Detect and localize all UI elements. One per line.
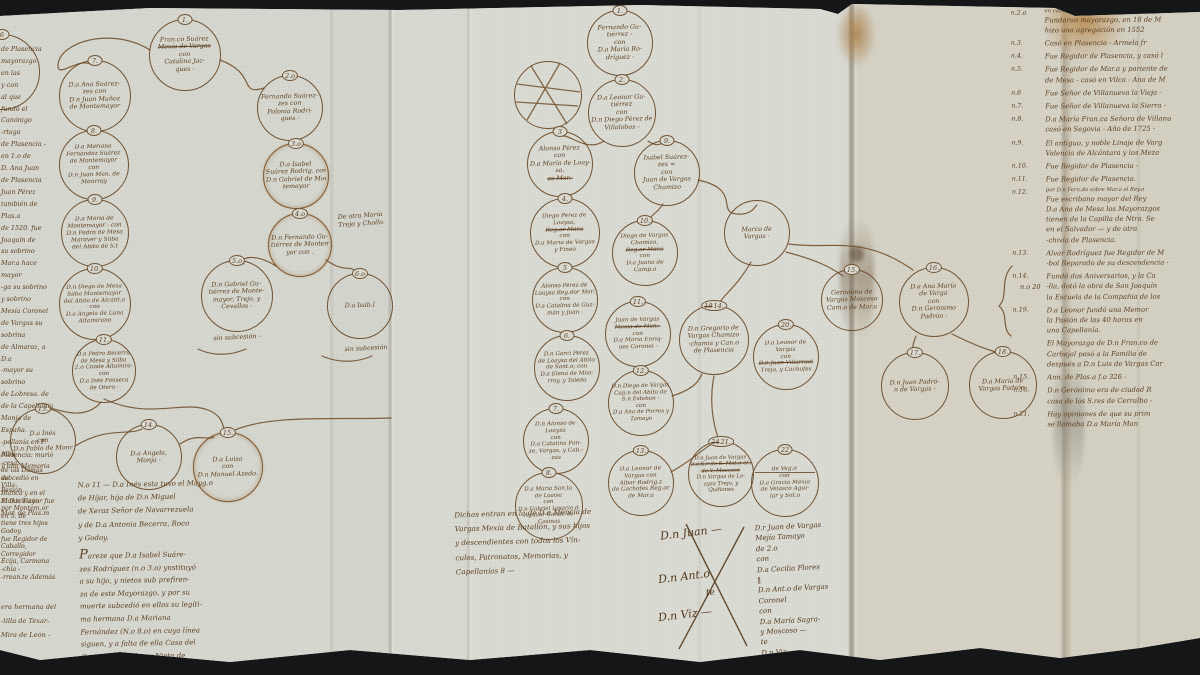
tree-node-M11: 11.Juan de VargasMexía de Mon.-conD.a Ma… [605, 301, 671, 367]
note-text: D.a Leonor fundó una Memorla Pasión de l… [1047, 304, 1200, 336]
text-line: de Plasencia [1, 44, 56, 56]
node-number: 6.o [352, 268, 368, 279]
node-number: 1914. [701, 300, 727, 311]
note-line: -chivía de Plasencia. [1046, 234, 1200, 245]
footnote-no11: N.o 11 — D.a Inés esta tuvo el Mayg.ode … [77, 477, 240, 546]
note-text: Fue Regidor de Plasencia - [1046, 160, 1200, 171]
text-line: -tilla de Texar- [1, 614, 63, 628]
note-ref: n.15. [1013, 373, 1047, 383]
node-number: 11. [96, 334, 112, 345]
tree-node-M22: 22de Veg.oconD.a Gracia Mexíade Velasco … [751, 449, 819, 517]
note-ref: n.8. [1011, 115, 1045, 136]
tree-node-L10: 10.D.n Diego de MesaSilba Montemayordel … [59, 268, 131, 340]
tree-node-L6: 6.oD.a Isab.l [327, 273, 393, 339]
node-text: D.n Juan Padró-n de Vargas - [884, 378, 946, 394]
node-text: Marco deVargas - [727, 225, 787, 241]
text-line: Canónigo [1, 115, 56, 127]
tree-node-L3: 3.oD.a IsabelSuárez Rodríg. conD.n Gabri… [263, 143, 329, 209]
node-text: Juan de VargasMexía de Mon.-conD.a María… [608, 316, 668, 352]
node-number: 1. [613, 5, 628, 16]
text-line: en 1.o de [1, 151, 56, 163]
note-ref: n.21. [1013, 409, 1047, 430]
note-row: n.6Fue Señor de Villanueva la Vieja - [1011, 87, 1199, 99]
note-line: hizo una agregación en 1552 [1045, 24, 1199, 35]
node-number: 11. [630, 296, 646, 307]
text-line: y con [1, 80, 56, 92]
note-text: Hay opiniones de que su primse llamaba D… [1047, 408, 1200, 429]
text-line: -mayor su sobrino [1, 365, 56, 389]
note-row: n.13.Alvar Rodríguez fue Regidor de M-bo… [1012, 247, 1200, 269]
node-number: 8. [87, 125, 102, 136]
node-text: Alonso PérezconD.a María de Loay-sa,es M… [530, 145, 590, 184]
tree-node-M12: 12.D.n Diego de VargasCap.n del Abito de… [608, 370, 674, 436]
text-line: fue Regidor de [1, 536, 56, 544]
note-text: en cabeza de Alonso (n.o 3)Fundaron mayo… [1045, 7, 1199, 35]
node-line: ues Coronel - [609, 343, 669, 351]
note-line: -bol Reparado de su descendencia - [1046, 257, 1200, 268]
tree-node-M5: 5Alonso Pérez deLoaysa Reg.dor Mar.sconD… [532, 267, 598, 333]
note-text: Ann. de Plas.a f.o 326 - [1047, 371, 1200, 382]
paper-stain [836, 6, 876, 68]
text-line: Godoy. [1, 528, 56, 536]
note-ref: n.5. [1011, 65, 1045, 86]
note-line: una Capellanía. [1047, 325, 1200, 336]
node-line: D.a Isab.l [330, 302, 390, 311]
text-line: subcedió en Villa- [1, 475, 56, 490]
node-number: 20. [778, 319, 794, 330]
note-row: n.10.Fue Regidor de Plasencia - [1012, 160, 1200, 172]
node-line: Villalobos - [592, 123, 654, 132]
footnote-pareze: Pareze que D.a Isabel Suáre-zes Rodrígue… [79, 547, 249, 664]
tree-node-L11: 11.D.n Pedro Becerrade Mesa y Silba2.o C… [72, 339, 136, 403]
node-number: 6 [0, 29, 10, 40]
node-number: 10. [87, 263, 103, 274]
note-text: por D.n Fern.do sobre Mar.a el Rey.oFue … [1046, 187, 1200, 246]
node-line: del Abito de S.t [65, 243, 127, 252]
manuscript-page: 61.Fran.co SuárezMexía de VargasconCatal… [0, 0, 1200, 675]
node-line: de Montemayor [63, 103, 128, 112]
node-number: 10. [637, 215, 653, 226]
right-notes-column: n.2.oen cabeza de Alonso (n.o 3)Fundaron… [1011, 7, 1200, 432]
node-line: ques - [260, 115, 320, 124]
note-text: Fue Regidor de Plasencia. [1046, 173, 1200, 184]
node-number: 22 [778, 444, 793, 455]
note-row: n.21.Hay opiniones de que su primse llam… [1013, 408, 1200, 430]
text-line: mayorazgo [1, 56, 56, 68]
note-row: El Mayorazgo de D.n Fran.co deCarbajal p… [1013, 338, 1200, 370]
sketch-name: te [705, 587, 715, 598]
left-margin-notes-middle: Plasencia: murió-cesa.de las Damassubced… [1, 452, 56, 581]
node-text: D.a Ana Maríade VargaconD.n GerónimoPadr… [902, 283, 966, 322]
note-text: D.n Gerónimo era de ciudad Rcasa de los … [1047, 385, 1200, 406]
node-line: de Plasencia [683, 347, 746, 356]
tree-node-M1: 1.Fernando Gu-tiérrez -conD.a María Ro-d… [587, 10, 653, 76]
note-row: n.19.D.a Leonor fundó una Memorla Pasión… [1013, 304, 1200, 336]
note-ref: n.19. [1013, 305, 1047, 336]
node-number: 16. [926, 262, 942, 273]
note-row: n.2.oen cabeza de Alonso (n.o 3)Fundaron… [1011, 7, 1199, 35]
node-text: D.a Leonor Gu-tiérrezconD.n Diego Pérez … [591, 94, 653, 133]
text-line: Joaquín de [1, 235, 56, 247]
node-text: D.a Ángela,Monja - [119, 449, 179, 465]
note-row: n.4.Fue Regidor de Plasencia, y casó l [1011, 50, 1199, 62]
tree-node-M20: 20.D.a Leonor deVargasconD.n Juan Villar… [753, 324, 819, 390]
paper-stain [850, 246, 864, 262]
node-number: 5.o [229, 255, 245, 266]
text-line: El D.n Tizón [1, 498, 56, 506]
node-line: mán y Juan - [536, 309, 596, 317]
node-text: Fran.co SuárezMexía de VargasconCatalina… [152, 36, 218, 75]
text-line: de Almaraz, a D.a [1, 342, 56, 366]
node-number: 3 [553, 126, 568, 137]
note-line: Fue Señor de Villanueva la Vieja - [1045, 87, 1199, 98]
left-margin-notes-lower: era hermana del-tilla de Texar-Mira de L… [1, 600, 63, 642]
left-margin-notes-upper: de Plasenciamayorazgoen lasy conal quefu… [1, 44, 56, 520]
node-line: de Mar.a [612, 492, 672, 500]
note-text: Fue Regidor de Plasencia, y casó l [1045, 50, 1199, 61]
tree-node-L9: 9.D.a María deMontemayor - conD.n Pedro … [61, 199, 129, 267]
note-ref: n.6 [1011, 88, 1045, 98]
node-line: Cam.o de Mar.a [824, 303, 880, 312]
node-text: D.n Juan de Vargas2.o S.r de S. Mat.o el… [691, 454, 751, 494]
tree-node-M16: 16.D.a Ana Maríade VargaconD.n GerónimoP… [899, 267, 969, 337]
text-line: Mira de León - [1, 628, 63, 642]
note-line: Casó en Plasencia - Armela fr [1045, 37, 1199, 48]
node-line: Quiñones [692, 486, 752, 494]
text-line: Écija, Carmona [1, 558, 56, 566]
footnote-center: Dichas entran en la de D.a Mencía deVarg… [454, 504, 634, 580]
tree-node-L7: 7.D.a Ana Suárez-zes conD.n Juan Muñozde… [59, 60, 131, 132]
text-line: de Vargas su sobrina [1, 318, 56, 342]
tree-node-L5: 5.oD.n Gabriel Gu-tiérrez de Monte-mayor… [201, 260, 273, 332]
note-juan-de-vargas: D.r Juan de VargasMejía Tamayode 2.oconD… [755, 517, 890, 659]
node-text: de Veg.oconD.a Gracia Mexíade Velasco Ag… [754, 465, 816, 501]
note-text: Alvar Rodríguez fue Regidor de M-bol Rep… [1046, 247, 1200, 268]
tree-node-M7: 7.D.n Alonso deLoayzaconD.a Catalina Pon… [523, 408, 589, 474]
text-line: -rtaga [1, 127, 56, 139]
note-line: de Mesa - casó en Vilca - Ana de M [1045, 74, 1199, 85]
note-row: n.16.D.n Gerónimo era de ciudad Rcasa de… [1013, 385, 1200, 407]
text-line: también de Plas.a [1, 199, 56, 223]
node-text: D.a Leonor deVargas conAlbar Rodríg.zde … [611, 465, 671, 501]
text-line: al que [1, 92, 56, 104]
node-text: D.a Isab.l [330, 302, 390, 311]
note-line: Valencia de Alcántara y los Meza [1045, 147, 1199, 158]
text-line: tiene tres hijos [1, 520, 56, 528]
node-line: ques - [153, 65, 218, 74]
text-line: -ga su sobrino [1, 282, 56, 294]
text-line: Monja de España. [1, 413, 56, 437]
node-line: Tamayo [612, 415, 672, 423]
tree-node-M10: 10.Diego de VargasChamizo,Reg.or Mar.sco… [612, 220, 678, 286]
note-ref: n.3. [1011, 38, 1045, 48]
note-line: Fue Señor de Villanueva la Sierra - [1045, 100, 1199, 111]
node-line: Chamizo [638, 183, 698, 192]
node-text: D.n Garci Pérezde Loaysa del Abitode San… [537, 350, 597, 385]
note-row: n.15.Ann. de Plas.a f.o 326 - [1013, 371, 1200, 383]
node-text: D.n Fernando Gu-tiérrez de Montema-yor c… [271, 233, 329, 257]
node-text: D.n Diego de VargasCap.n del Abito deS.n… [611, 382, 672, 423]
node-text: D.n Diego de MesaSilba Montemayordel Abi… [62, 283, 128, 326]
note-line: casó en Segovia - Año de 1725 - [1045, 124, 1199, 135]
node-number: 3.o [288, 138, 304, 149]
node-text: Alonso Pérez deLoaysa Reg.dor Mar.sconD.… [535, 282, 595, 317]
node-number: 7. [88, 55, 103, 66]
note-row: n.11.Fue Regidor de Plasencia. [1012, 173, 1200, 185]
text-line: fundó el [1, 104, 56, 116]
node-number: 9. [88, 194, 103, 205]
node-number: 9. [660, 135, 675, 146]
node-number: 2421. [708, 436, 734, 447]
note-line: después a D.n Luis de Vargas Car [1047, 358, 1200, 369]
note-line: se llamaba D.a María Man [1047, 418, 1200, 429]
note-row: n.8.D.a María Fran.ca Señora de Villanuc… [1011, 113, 1199, 135]
tree-node-L1: 1.Fran.co SuárezMexía de VargasconCatali… [149, 19, 221, 91]
node-number: 4.o [292, 208, 308, 219]
note-text: El Mayorazgo de D.n Fran.co deCarbajal p… [1047, 338, 1200, 370]
node-line: rroy, y Toledo [538, 377, 598, 385]
text-line: de 1520. fue [1, 223, 56, 235]
text-line: era hermana del [1, 600, 63, 614]
tree-node-M6: 6.D.n Garci Pérezde Loaysa del Abitode S… [534, 335, 600, 401]
text-line: Blanca y en el [1, 490, 56, 498]
node-number: 15. [844, 264, 860, 275]
tree-node-M3: 3Alonso PérezconD.a María de Loay-sa,es … [527, 131, 593, 197]
tree-node-L2: 2.oFernando Suárez-zes conPolonia Rodrí-… [257, 75, 323, 141]
text-line: -rrean.te Además [1, 574, 56, 582]
tree-node-M21: 2421.D.n Juan de Vargas2.o S.r de S. Mat… [688, 441, 754, 507]
note-text: Fundó dos Aniversarios, y la Ca-lla, dot… [1046, 271, 1200, 303]
tree-node-M14: 1914.D.n Gregorio deVargas Chamizo-chami… [679, 305, 749, 375]
node-text: Isabel Suárez-zes =conJuan de VargasCham… [637, 154, 697, 193]
note-line: Fue Regidor de Plasencia, y casó l [1045, 50, 1199, 61]
node-text: Gerónimo deVargas MoscosoCam.o de Mar.a [824, 288, 880, 312]
text-line: y sobrino [1, 294, 56, 306]
note-ref: n.4. [1011, 52, 1045, 62]
node-number: 8. [542, 467, 557, 478]
node-text: D.n Pedro Becerrade Mesa y Silba2.o Cond… [75, 350, 134, 392]
note-line: Fue Regidor de Plasencia. [1046, 173, 1200, 184]
tree-node-M17: 17.D.n Juan Padró-n de Vargas - [881, 352, 949, 420]
note-text: Fue Señor de Villanueva la Sierra - [1045, 100, 1199, 111]
node-number: 6. [560, 330, 575, 341]
note-row: n.5.Fue Regidor de Mar.a y pariente dede… [1011, 64, 1199, 86]
node-number: 18. [995, 346, 1011, 357]
manuscript-photo: 61.Fran.co SuárezMexía de VargasconCatal… [0, 0, 1200, 675]
text-line: -cesa. [1, 460, 56, 468]
node-number: 17. [907, 347, 923, 358]
text-line: -chía - [1, 566, 56, 574]
node-text: D.n Gabriel Gu-tiérrez de Monte-mayor, T… [204, 280, 270, 311]
node-number: 7. [549, 403, 564, 414]
text-line: por Montem.or en 5. de [1, 505, 56, 520]
text-line: y Godoy. [78, 529, 240, 545]
note-row: n.12.por D.n Fern.do sobre Mar.a el Rey.… [1012, 187, 1200, 246]
node-number: 1. [178, 14, 193, 25]
note-ref: n.13. [1012, 248, 1046, 269]
note-ref: n.11. [1012, 175, 1046, 185]
note-ref: n.10. [1012, 161, 1046, 171]
node-number: 15. [220, 427, 236, 438]
tree-node-MMar: Marco deVargas - [724, 200, 790, 266]
text-line: Mar.a hace mayor [1, 258, 56, 282]
node-text: Fernando Gu-tiérrez -conD.a María Ro-drí… [590, 24, 650, 63]
node-line: dríguez - [591, 53, 651, 62]
text-line: en las [1, 68, 56, 80]
node-line: Camp.o [616, 266, 676, 274]
node-line: es Mar.- [531, 174, 591, 183]
node-text: D.a IsabelSuárez Rodríg. conD.n Gabriel … [266, 160, 326, 191]
node-text: D.a Ana Suárez-zes conD.n Juan Muñozde M… [62, 80, 128, 111]
note-ref: n.16. [1013, 386, 1047, 407]
note-line: Fue Regidor de Plasencia - [1046, 160, 1200, 171]
text-line: su sobrino [1, 246, 56, 258]
note-line: la Escuela de la Compañía de los [1047, 291, 1200, 302]
node-number: 2. [615, 74, 630, 85]
note-ref: n.2.o [1011, 8, 1045, 35]
fold-crease [329, 0, 334, 675]
note-row: n.7.Fue Señor de Villanueva la Sierra - [1011, 100, 1199, 112]
node-number: 2.o [282, 70, 298, 81]
node-text: D.a María deMontemayor - conD.n Pedro de… [64, 215, 126, 251]
node-number: 14. [141, 419, 157, 430]
tree-node-L4: 4.oD.n Fernando Gu-tiérrez de Montema-yo… [268, 213, 332, 277]
node-text: Diego de VargasChamizo,Reg.or Mar.sconD.… [615, 232, 676, 275]
node-line: temayor [266, 183, 326, 192]
note-ref: n.12. [1012, 188, 1046, 246]
text-line: de las Damas [1, 467, 56, 475]
node-number: 13. [633, 445, 649, 456]
note-line: casa de los S.res de Cerralbo - [1047, 395, 1200, 406]
note-text: Fue Señor de Villanueva la Vieja - [1045, 87, 1199, 98]
node-text: D.n Alonso deLoayzaconD.a Catalina Pon-z… [526, 420, 587, 463]
node-text: D.a LuisaconD.n Manuel Azedo. [196, 455, 260, 479]
note-row: n.3.Casó en Plasencia - Armela fr [1011, 37, 1199, 49]
node-text: D.a Leonor deVargasconD.n Juan Villarroe… [756, 339, 816, 375]
node-line: Vargas - [727, 232, 787, 241]
text-line: D. Ana Juan [1, 163, 56, 175]
text-line: Juan Pérez [1, 187, 56, 199]
tree-node-M2: 2.D.a Leonor Gu-tiérrezconD.n Diego Pére… [588, 79, 656, 147]
note-text: Fue Regidor de Mar.a y pariente dede Mes… [1045, 64, 1199, 85]
note-row: n.14.Fundó dos Aniversarios, y la Ca-lla… [1012, 271, 1200, 303]
note-ref: n.7. [1011, 101, 1045, 111]
tree-node-M9: 9.Isabel Suárez-zes =conJuan de VargasCh… [634, 140, 700, 206]
node-number: 4. [558, 193, 573, 204]
node-number: 12. [633, 365, 649, 376]
node-line: Padrón - [903, 312, 966, 321]
note-text: D.a María Fran.ca Señora de Villanucasó … [1045, 113, 1199, 134]
text-line: de la Capellanía [1, 401, 56, 413]
text-line: Plasencia: murió [1, 452, 56, 460]
node-line: Diego de Vargas [615, 232, 675, 240]
text-line: de Plasencia - [1, 139, 56, 151]
node-text: D.a MarianaFernández Suárezde Montemayor… [62, 143, 126, 186]
node-text: Diego Pérez deLoaysa,Reg.or Mar.sconD.a … [533, 212, 597, 255]
node-line: Trejo, y Cachofes [757, 366, 817, 374]
node-text [517, 94, 578, 96]
note-ref: n.9. [1011, 138, 1045, 159]
text-line: Mesía Coronel [1, 306, 56, 318]
tree-node-M0 [514, 61, 582, 129]
note-ref [1013, 339, 1047, 370]
node-text: Fernando Suárez-zes conPolonia Rodrí-que… [260, 92, 320, 123]
tree-node-M4: 4.Diego Pérez deLoaysa,Reg.or Mar.sconD.… [530, 198, 600, 268]
node-line: Monja - [119, 456, 179, 465]
node-line: n de Vargas - [884, 385, 946, 394]
tree-node-L8: 8.D.a MarianaFernández Suárezde Montemay… [59, 130, 129, 200]
note-text: Casó en Plasencia - Armela fr [1045, 37, 1199, 48]
text-line: Caballo, Corregidor [1, 543, 56, 558]
note-row: n.9.El antiguo, y noble Linaje de VargVa… [1011, 137, 1199, 159]
node-text: D.n Gregorio deVargas Chamizo-chamis y C… [682, 324, 746, 355]
text-line: de Lobresa. de [1, 389, 56, 401]
text-line: de Plasencia [1, 175, 56, 187]
note-line: Ann. de Plas.a f.o 326 - [1047, 371, 1200, 382]
node-line: lar y Sot.o [755, 492, 817, 500]
note-text: El antiguo, y noble Linaje de VargValenc… [1045, 137, 1199, 158]
tree-node-M15: 15.Gerónimo deVargas MoscosoCam.o de Mar… [821, 269, 883, 331]
text-line: Conde de Canilleros Nieto de [81, 648, 249, 664]
node-line: Cevallos - [205, 303, 270, 312]
node-number: 5 [558, 262, 573, 273]
fold-crease [388, 0, 395, 675]
note-ref: n.14. [1012, 272, 1046, 303]
